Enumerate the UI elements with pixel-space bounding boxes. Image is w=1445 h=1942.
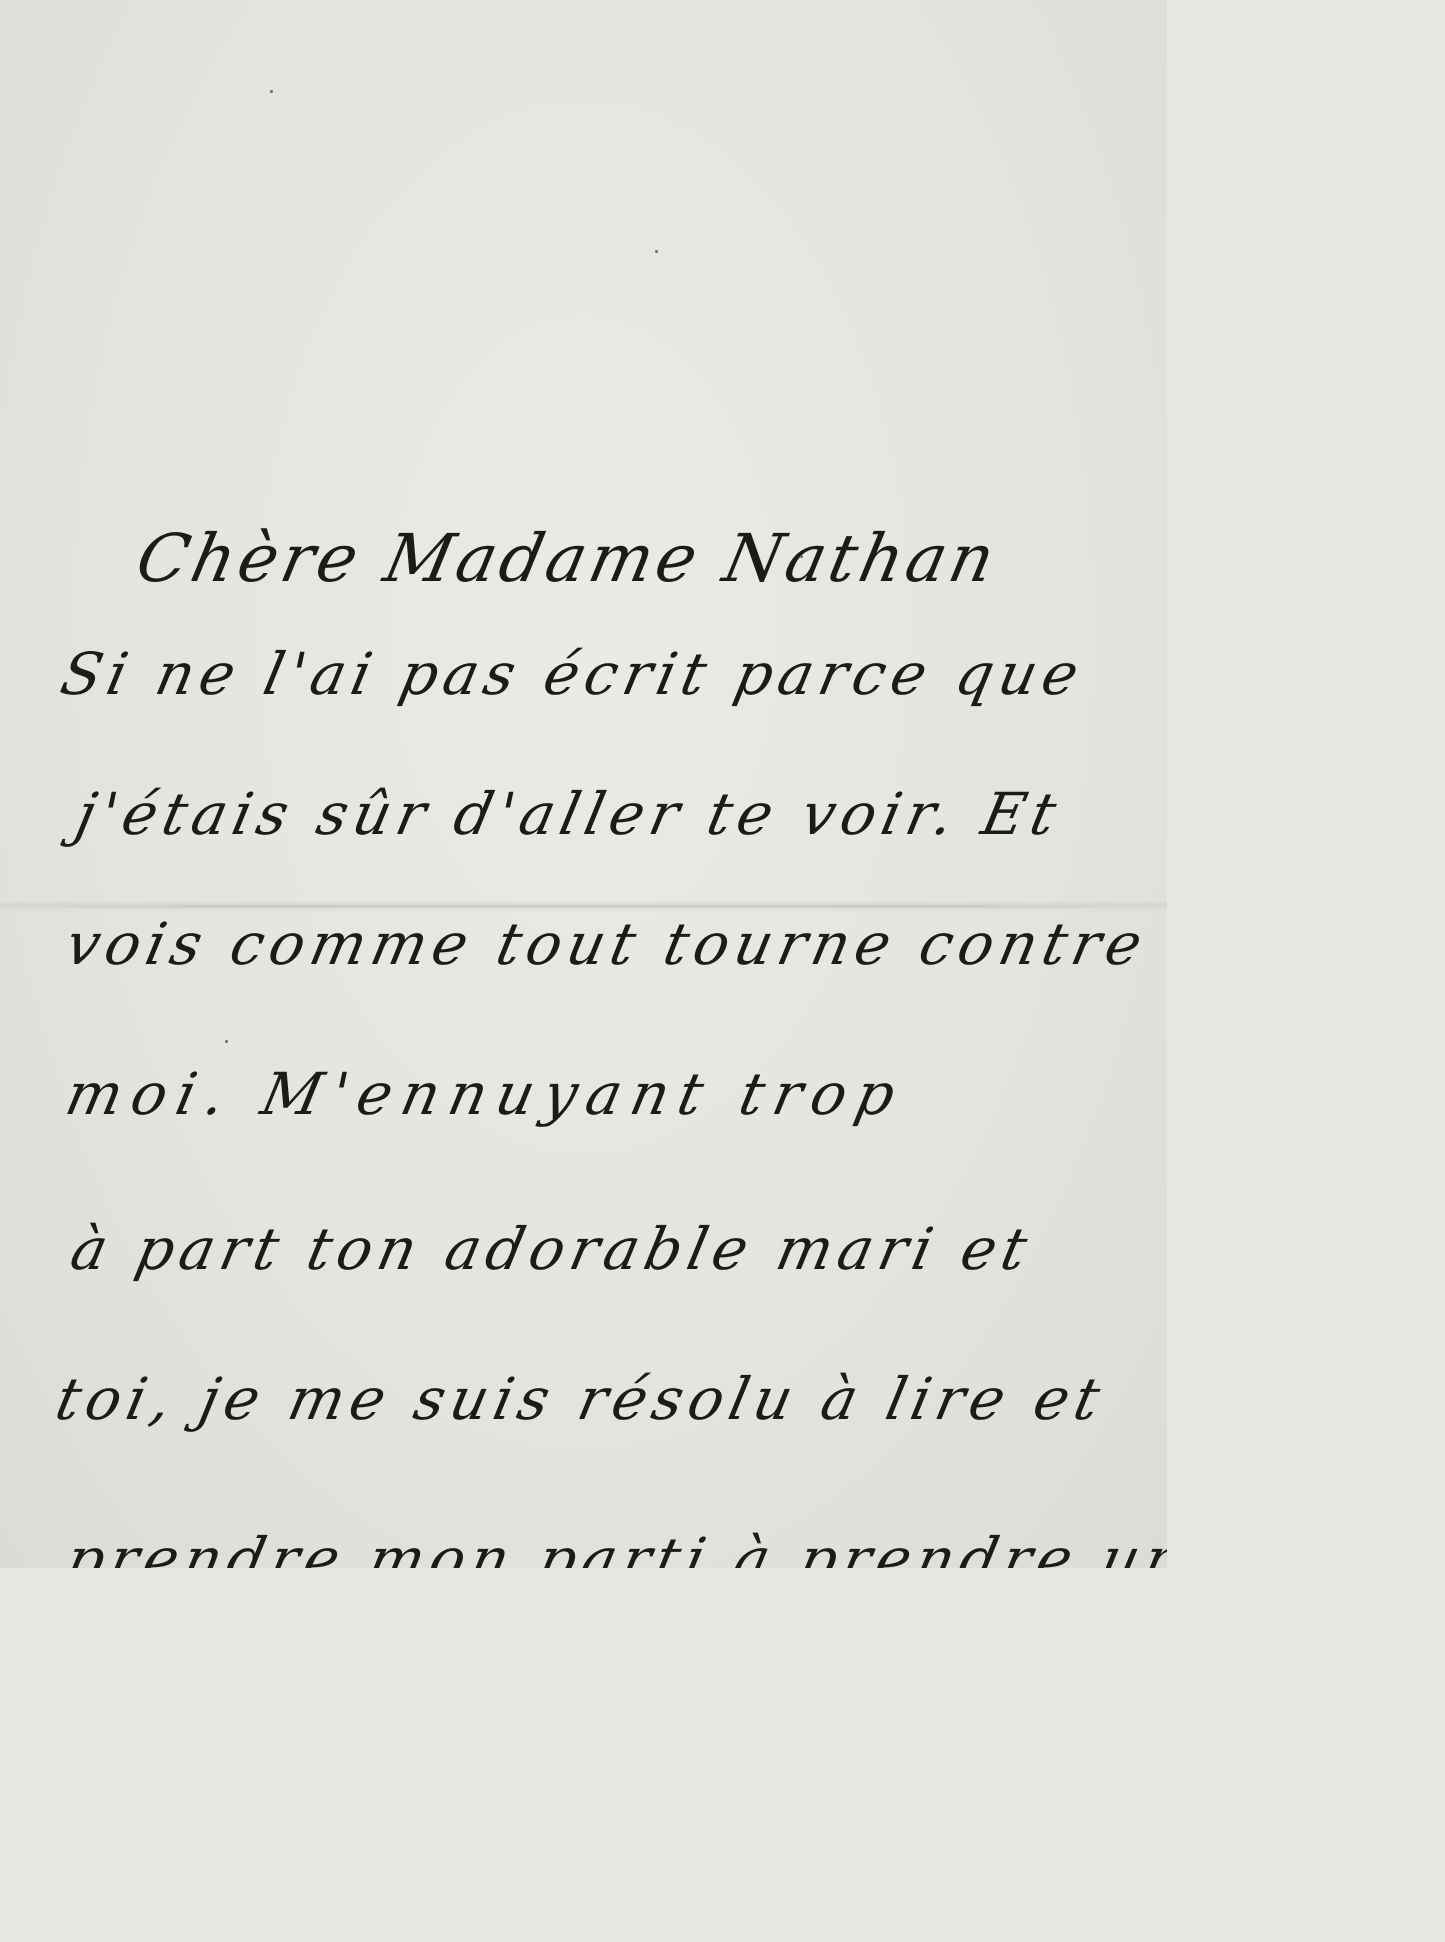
letter-line: vois comme tout tourne contre bbox=[60, 910, 1154, 978]
letter-line: prendre mon parti à prendre un bbox=[60, 1525, 1167, 1568]
letter-salutation: Chère Madame Nathan bbox=[130, 520, 1005, 597]
handwritten-letter: Chère Madame Nathan Si ne l'ai pas écrit… bbox=[0, 0, 1167, 1568]
paper-speck bbox=[800, 555, 803, 558]
letter-line: toi, je me suis résolu à lire et bbox=[50, 1365, 1112, 1433]
letter-line: j'étais sûr d'aller te voir. Et bbox=[70, 780, 1068, 848]
paper-speck bbox=[270, 90, 273, 93]
paper-speck bbox=[225, 1040, 228, 1043]
letter-line: moi. M'ennuyant trop bbox=[60, 1060, 911, 1128]
letter-line: à part ton adorable mari et bbox=[65, 1215, 1039, 1283]
paper-speck bbox=[655, 250, 658, 253]
letter-line: Si ne l'ai pas écrit parce que bbox=[55, 640, 1091, 708]
